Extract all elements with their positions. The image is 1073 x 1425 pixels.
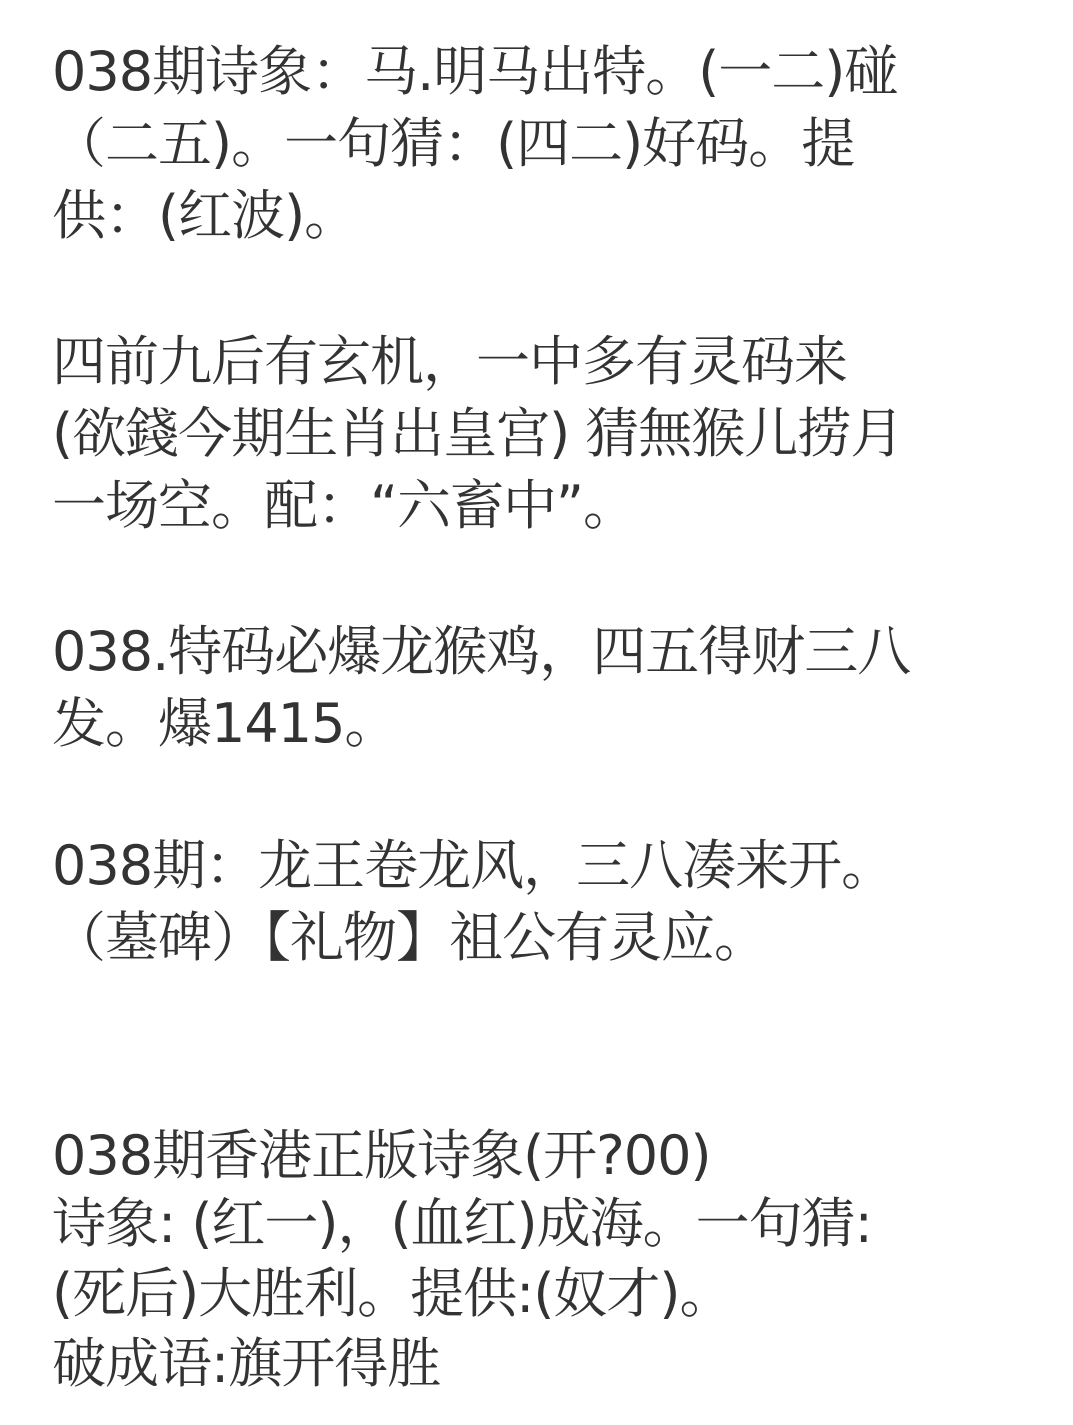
paragraph-4-line-1: 038期：龙王卷龙风，三八凑来开。 — [52, 830, 894, 902]
paragraph-5-line-1: 038期香港正版诗象(开?00) — [52, 1120, 711, 1192]
paragraph-2-line-1: 四前九后有玄机，一中多有灵码来 — [52, 326, 847, 398]
paragraph-5-line-4: 破成语:旗开得胜 — [52, 1328, 440, 1400]
paragraph-5-line-3: (死后)大胜利。提供:(奴才)。 — [52, 1258, 732, 1330]
paragraph-1-line-1: 038期诗象：马.明马出特。(一二)碰 — [52, 36, 897, 108]
paragraph-1-line-3: 供：(红波)。 — [52, 180, 357, 252]
paragraph-1-line-2: （二五)。一句猜：(四二)好码。提 — [52, 108, 854, 180]
paragraph-5-line-2: 诗象: (红一)，(血红)成海。一句猜: — [52, 1188, 872, 1260]
paragraph-4-line-2: （墓碑）【礼物】祖公有灵应。 — [52, 902, 767, 974]
paragraph-2-line-2: (欲錢今期生肖出皇宫) 猜無猴儿捞月 — [52, 398, 903, 470]
paragraph-2-line-3: 一场空。配：“六畜中”。 — [52, 470, 636, 542]
paragraph-3-line-2: 发。爆1415。 — [52, 688, 397, 760]
paragraph-3-line-1: 038.特码必爆龙猴鸡，四五得财三八 — [52, 616, 910, 688]
